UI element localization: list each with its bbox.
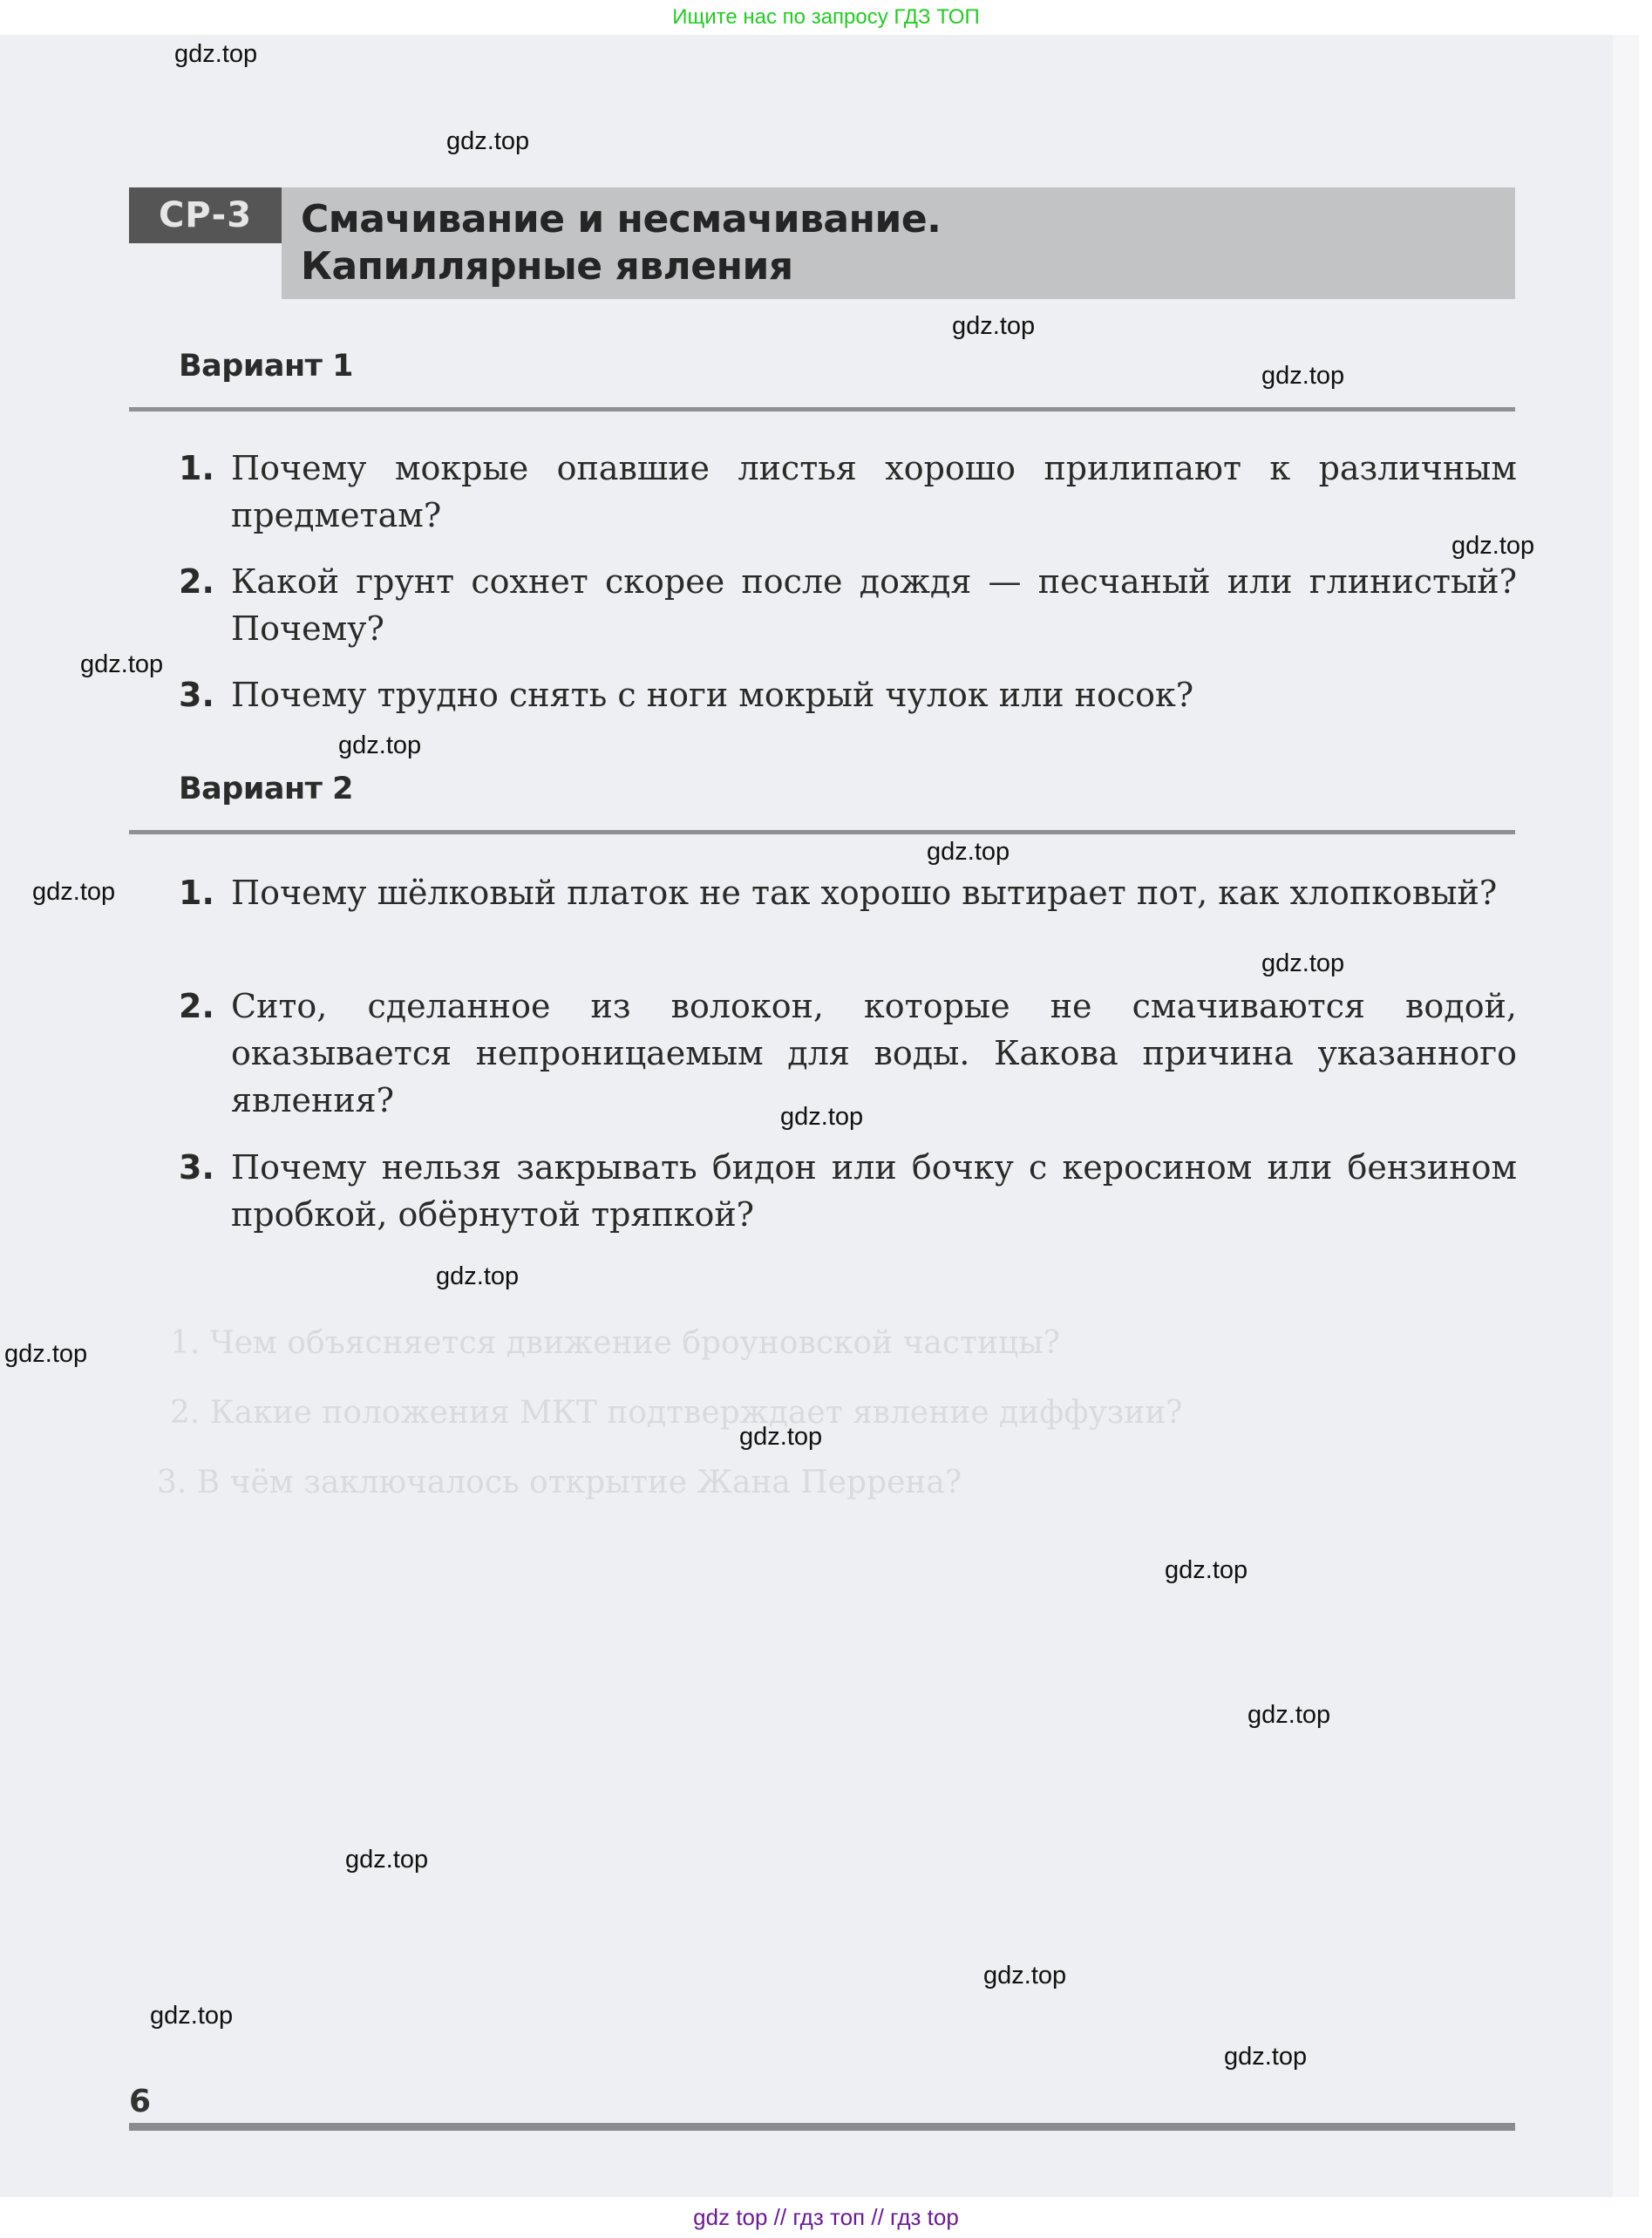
watermark: gdz.top [1247,1701,1330,1730]
question-text: Почему мокрые опавшие листья хорошо прил… [231,445,1517,539]
section-header: СР-3 Смачивание и несмачивание. Капилляр… [129,187,1515,337]
question-text: Какой грунт сохнет скорее после дождя — … [231,558,1517,652]
variant-1-heading: Вариант 1 [179,349,353,384]
divider [129,830,1515,834]
question-text: Почему шёлковый платок не так хорошо выт… [231,869,1517,916]
watermark: gdz.top [446,127,529,156]
watermark: gdz.top [436,1262,519,1291]
watermark: gdz.top [739,1423,822,1452]
question-v2-3: 3. Почему нельзя закрывать бидон или боч… [179,1144,1517,1238]
divider [129,407,1515,412]
top-banner[interactable]: Ищите нас по запросу ГДЗ ТОП [0,0,1652,35]
question-number: 2. [179,983,214,1030]
watermark: gdz.top [4,1340,87,1369]
bleed-through-text: 1. Чем объясняется движение броуновской … [170,1325,1060,1361]
variant-2-heading: Вариант 2 [179,772,353,806]
section-title-line-2: Капиллярные явления [301,243,941,290]
section-title: Смачивание и несмачивание. Капиллярные я… [301,196,941,290]
section-title-box: Смачивание и несмачивание. Капиллярные я… [282,187,1515,299]
bleed-through-text: 3. В чём заключалось открытие Жана Перре… [157,1465,962,1500]
footer-divider [129,2123,1515,2131]
watermark: gdz.top [80,650,163,679]
question-text: Почему трудно снять с ноги мокрый чулок … [231,671,1517,718]
question-number: 1. [179,869,214,916]
bleed-through-text: 2. Какие положения МКТ подтверждает явле… [170,1395,1183,1431]
watermark: gdz.top [345,1846,428,1874]
section-label: СР-3 [129,187,282,243]
question-v2-1: 1. Почему шёлковый платок не так хорошо … [179,869,1517,916]
watermark: gdz.top [150,2002,233,2031]
question-text: Почему нельзя закрывать бидон или бочку … [231,1144,1517,1238]
watermark: gdz.top [32,878,115,907]
watermark: gdz.top [1451,532,1534,561]
watermark: gdz.top [1224,2043,1307,2071]
watermark: gdz.top [927,838,1010,867]
watermark: gdz.top [338,731,421,760]
question-number: 2. [179,558,214,605]
question-v1-1: 1. Почему мокрые опавшие листья хорошо п… [179,445,1517,539]
watermark: gdz.top [780,1103,863,1132]
question-number: 1. [179,445,214,492]
page-edge [1613,35,1639,2197]
bottom-banner[interactable]: gdz top // гдз топ // гдз top [0,2197,1652,2238]
section-title-line-1: Смачивание и несмачивание. [301,196,941,243]
watermark: gdz.top [952,312,1035,341]
watermark: gdz.top [983,1962,1066,1990]
question-number: 3. [179,1144,214,1191]
question-text: Сито, сделанное из волокон, которые не с… [231,983,1517,1124]
textbook-page: 1. Чем объясняется движение броуновской … [0,35,1639,2197]
question-v1-3: 3. Почему трудно снять с ноги мокрый чул… [179,671,1517,718]
watermark: gdz.top [174,40,257,69]
page-number: 6 [129,2084,151,2119]
watermark: gdz.top [1261,362,1344,391]
question-number: 3. [179,671,214,718]
question-v1-2: 2. Какой грунт сохнет скорее после дождя… [179,558,1517,652]
watermark: gdz.top [1165,1556,1247,1585]
watermark: gdz.top [1261,949,1344,978]
